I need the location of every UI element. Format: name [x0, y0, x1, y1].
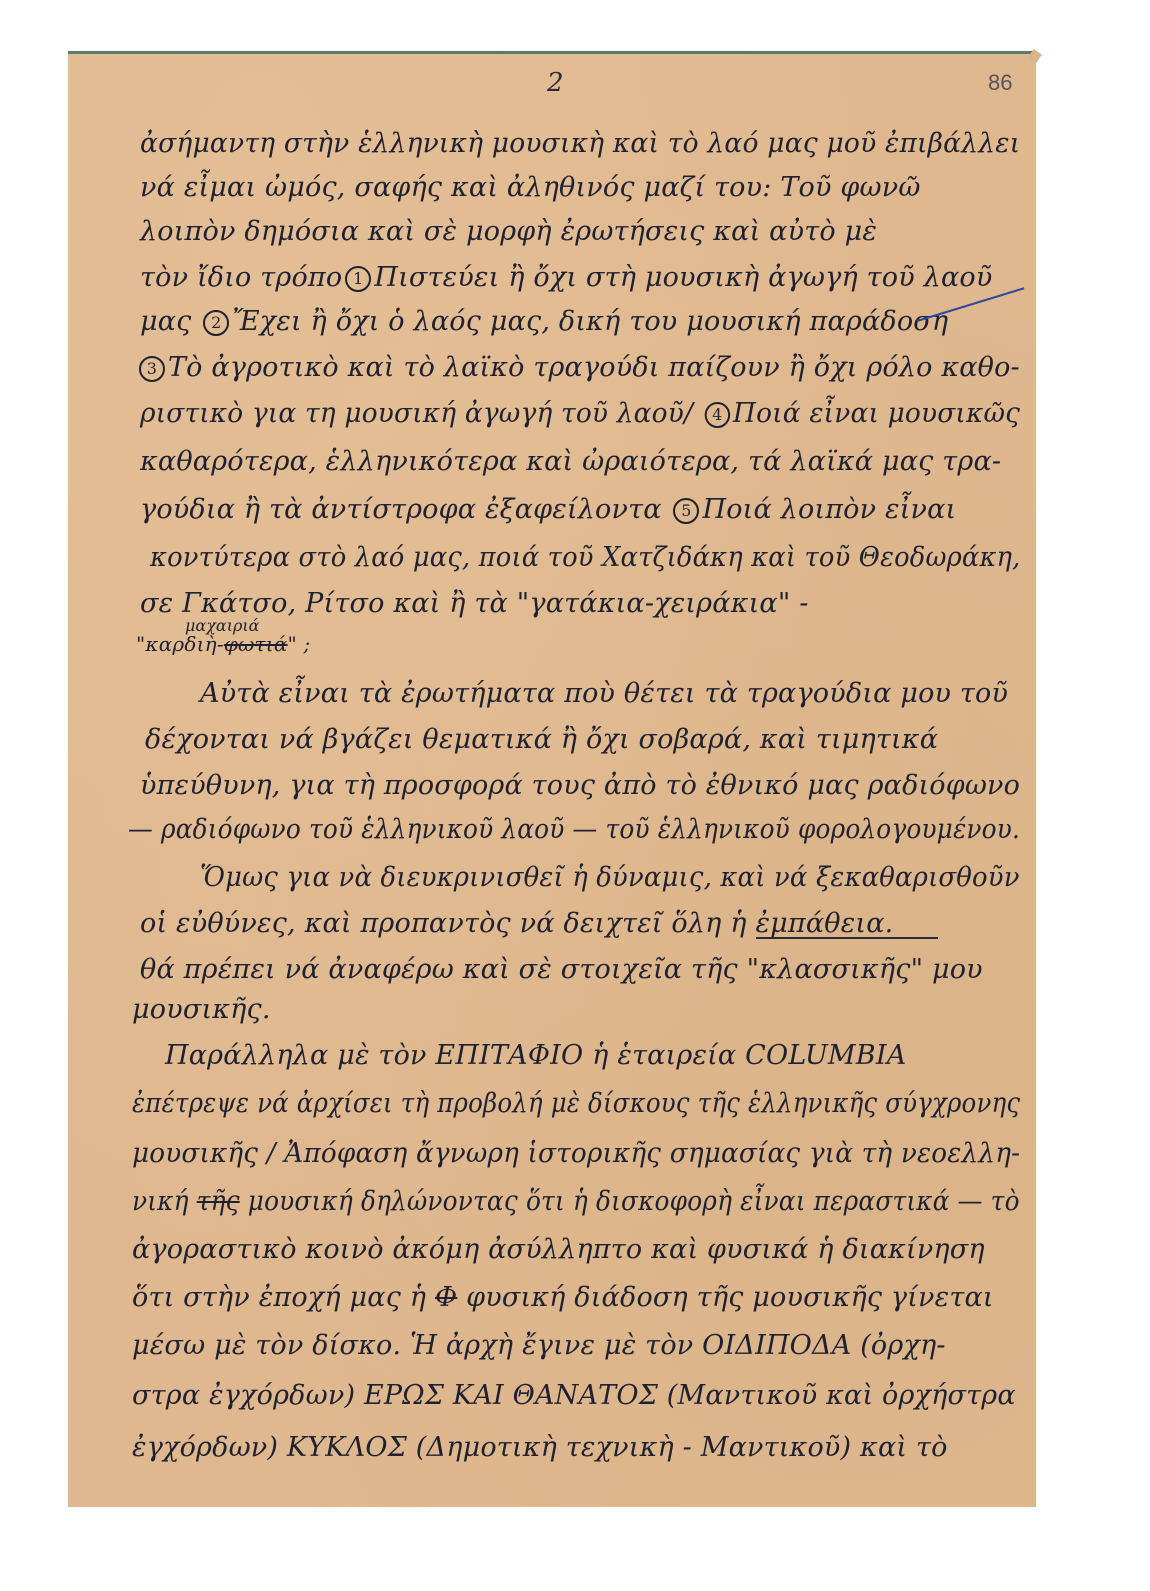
line-text: . [885, 908, 894, 939]
page-number: 2 [547, 68, 564, 98]
line-text: γούδια ἢ τὰ ἀντίστροφα ἐξαφείλοντα [140, 494, 662, 525]
line-text: μουσική δηλώνοντας ὅτι ἡ δισκοφορὴ εἶναι… [248, 1186, 1020, 1217]
question-marker-3: 3 [139, 356, 165, 382]
question-marker-2: 2 [203, 310, 229, 336]
line-text: Ποιά εἶναι μουσικῶς [733, 398, 1020, 429]
question-marker-4: 4 [705, 402, 730, 428]
manuscript-line: μουσικῆς / Ἀπόφαση ἄγνωρη ἱστορικῆς σημα… [132, 1138, 1020, 1169]
manuscript-line: ἀγοραστικὸ κοινὸ ἀκόμη ἀσύλληπτο καὶ φυσ… [132, 1234, 985, 1265]
manuscript-line: ἐγχόρδων) ΚΥΚΛΟΣ (Δημοτικὴ τεχνικὴ - Μαν… [132, 1432, 948, 1463]
line-text: Πιστεύει ἢ ὄχι στὴ μουσικὴ ἀγωγή τοῦ λαο… [374, 262, 992, 293]
line-text: " ; [288, 632, 311, 656]
manuscript-line: θά πρέπει νά ἀναφέρω καὶ σὲ στοιχεῖα τῆς… [140, 954, 983, 985]
manuscript-line: Παράλληλα μὲ τὸν ΕΠΙΤΑΦΙΟ ἡ ἑταιρεία COL… [165, 1040, 906, 1071]
struck-word: Φ [435, 1282, 457, 1313]
manuscript-line: κοντύτερα στὸ λαό μας, ποιά τοῦ Χατζιδάκ… [150, 542, 1021, 573]
manuscript-line: δέχονται νά βγάζει θεματικά ἢ ὄχι σοβαρά… [145, 724, 938, 755]
line-text: Ποιά λοιπὸν εἶναι [702, 494, 956, 525]
struck-word: φωτιά [224, 632, 288, 656]
line-text: φυσική διάδοση τῆς μουσικῆς γίνεται [466, 1282, 994, 1313]
manuscript-line: Ὅμως για νὰ διευκρινισθεῖ ἡ δύναμις, καὶ… [200, 862, 1020, 893]
manuscript-line: ὑπεύθυνη, για τὴ προσφορά τους ἀπὸ τὸ ἐθ… [140, 770, 1020, 801]
line-text: Τὸ ἀγροτικὸ καὶ τὸ λαϊκὸ τραγούδι παίζου… [168, 352, 1020, 383]
line-text: τὸν ἴδιο τρόπο [140, 262, 342, 293]
manuscript-line: νά εἶμαι ὠμός, σαφής καὶ ἀληθινός μαζί τ… [140, 172, 921, 203]
line-text: μας [140, 306, 192, 337]
manuscript-line: "καρδιὴ-φωτιά" ; [136, 632, 310, 656]
manuscript-line: νική τῆς μουσική δηλώνοντας ὅτι ἡ δισκοφ… [132, 1186, 1020, 1217]
archive-number: 86 [988, 70, 1012, 96]
question-marker-5: 5 [673, 498, 699, 524]
manuscript-line: λοιπὸν δημόσια καὶ σὲ μορφὴ ἐρωτήσεις κα… [140, 216, 877, 247]
line-text: νική [132, 1186, 189, 1217]
manuscript-line: μουσικῆς. [132, 994, 271, 1025]
line-text: Ἔχει ἢ ὄχι ὁ λαός μας, δική του μουσική … [232, 306, 948, 337]
manuscript-line: 3Τὸ ἀγροτικὸ καὶ τὸ λαϊκὸ τραγούδι παίζο… [136, 352, 1020, 383]
manuscript-line: τὸν ἴδιο τρόπο1Πιστεύει ἢ ὄχι στὴ μουσικ… [140, 262, 992, 293]
manuscript-line: ἀσήμαντη στὴν ἑλληνικὴ μουσικὴ καὶ τὸ λα… [140, 128, 1020, 159]
struck-word: τῆς [197, 1186, 240, 1217]
manuscript-line: καθαρότερα, ἑλληνικότερα καὶ ὠραιότερα, … [140, 446, 1001, 477]
manuscript-line: σε Γκάτσο, Ρίτσο καὶ ἢ τὰ "γατάκια-χειρά… [140, 588, 809, 619]
line-text: οἱ εὐθύνες, καὶ προπαντὸς νά δειχτεῖ ὅλη… [140, 908, 747, 939]
manuscript-line: — ραδιόφωνο τοῦ ἑλληνικοῦ λαοῦ — τοῦ ἑλλ… [128, 814, 1020, 845]
manuscript-line: ὅτι στὴν ἐποχή μας ἡ Φ φυσική διάδοση τῆ… [132, 1282, 994, 1313]
question-marker-1: 1 [345, 266, 371, 292]
manuscript-line: γούδια ἢ τὰ ἀντίστροφα ἐξαφείλοντα 5Ποιά… [140, 494, 956, 525]
manuscript-line: Αὐτὰ εἶναι τὰ ἐρωτήματα ποὺ θέτει τὰ τρα… [200, 678, 1008, 709]
line-text: ὅτι στὴν ἐποχή μας ἡ [132, 1282, 426, 1313]
line-text: ριστικὸ για τη μουσική ἀγωγή τοῦ λαοῦ/ [140, 398, 693, 429]
word-underline [756, 937, 938, 939]
manuscript-line: οἱ εὐθύνες, καὶ προπαντὸς νά δειχτεῖ ὅλη… [140, 908, 893, 939]
line-text: "καρδιὴ- [136, 632, 224, 656]
manuscript-line: ριστικὸ για τη μουσική ἀγωγή τοῦ λαοῦ/ 4… [140, 398, 1020, 429]
manuscript-line: μέσω μὲ τὸν δίσκο. Ἡ ἀρχὴ ἔγινε μὲ τὸν Ο… [132, 1330, 946, 1361]
underlined-word: ἐμπάθεια [755, 908, 884, 939]
manuscript-line: στρα ἐγχόρδων) ΕΡΩΣ ΚΑΙ ΘΑΝΑΤΟΣ (Μαντικο… [132, 1380, 1016, 1411]
manuscript-line: ἐπέτρεψε νά ἀρχίσει τὴ προβολή μὲ δίσκου… [132, 1088, 1020, 1119]
manuscript-line: μας 2Ἔχει ἢ ὄχι ὁ λαός μας, δική του μου… [140, 306, 948, 337]
